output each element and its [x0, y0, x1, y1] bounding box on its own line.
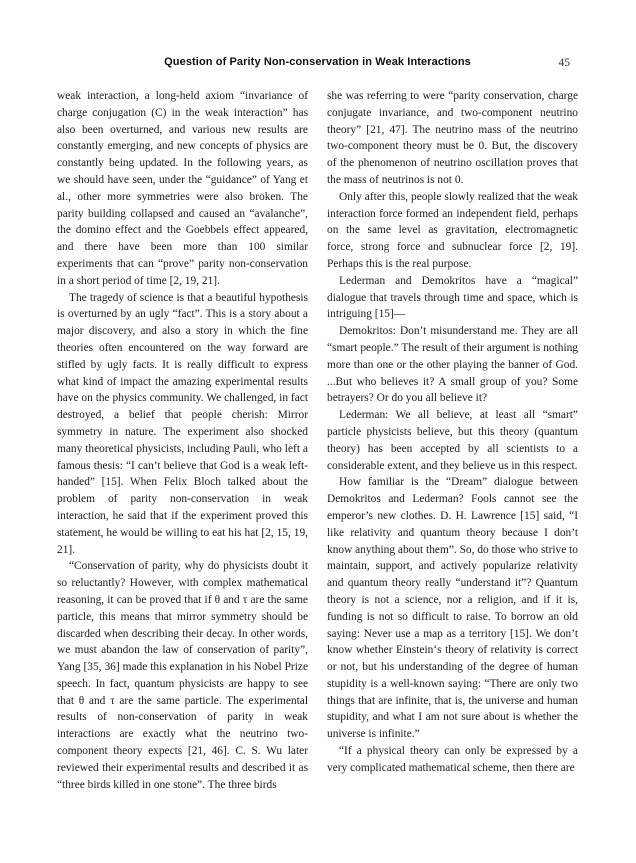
page-number: 45 — [559, 57, 571, 69]
running-head: Question of Parity Non-conservation in W… — [57, 56, 578, 72]
paragraph: “If a physical theory can only be expres… — [327, 743, 578, 777]
paragraph: The tragedy of science is that a beautif… — [57, 290, 308, 559]
running-head-title: Question of Parity Non-conservation in W… — [57, 56, 578, 68]
paragraph: Only after this, people slowly realized … — [327, 189, 578, 273]
paragraph: How familiar is the “Dream” dialogue bet… — [327, 474, 578, 743]
document-page: Question of Parity Non-conservation in W… — [0, 0, 636, 863]
right-column: she was referring to were “parity conser… — [327, 88, 578, 793]
paragraph: she was referring to were “parity conser… — [327, 88, 578, 189]
paragraph: Lederman: We all believe, at least all “… — [327, 407, 578, 474]
paragraph: Lederman and Demokritos have a “magical”… — [327, 273, 578, 323]
text-columns: weak interaction, a long-held axiom “inv… — [57, 88, 578, 793]
paragraph: Demokritos: Don’t misunderstand me. They… — [327, 323, 578, 407]
paragraph: weak interaction, a long-held axiom “inv… — [57, 88, 308, 290]
left-column: weak interaction, a long-held axiom “inv… — [57, 88, 308, 793]
paragraph: “Conservation of parity, why do physicis… — [57, 558, 308, 793]
